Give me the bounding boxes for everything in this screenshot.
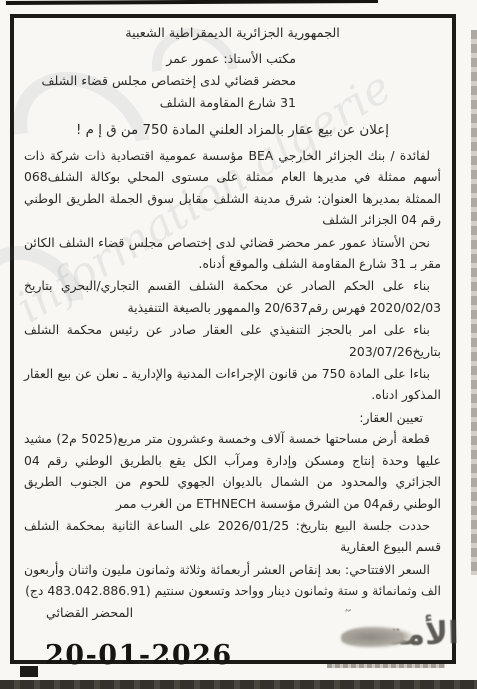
publication-date-stamp: 20-01-2026 [45,640,233,671]
bailiff-identity-paragraph: نحن الأستاذ عمور عمر محضر قضائي لدى إختص… [24,232,441,275]
ad-frame: الجمهورية الجزائرية الديمقراطية الشعبية … [10,14,456,664]
republic-header: الجمهورية الجزائرية الديمقراطية الشعبية [24,26,441,41]
newspaper-ad-page: information algerie الجمهورية الجزائرية … [0,0,477,689]
office-address-line: 31 شارع المقاومة الشلف [24,92,296,114]
auction-announcement-title: إعلان عن بيع عقار بالمزاد العلني المادة … [24,123,441,138]
logo-calligraphy-blob [341,626,413,648]
seizure-order-paragraph: بناء على امر بالحجز التنفيذي على العقار … [24,319,441,362]
adjacent-ad-bottom-border [0,680,477,689]
frame-corner-notch [20,666,38,677]
newspaper-masthead-logo: ّ ٌ الأمة [313,614,465,670]
adjacent-column-edge [471,30,477,575]
property-designation-label: تعيين العقار: [24,407,441,428]
logo-diacritic-dots: ّ ٌ [344,610,347,620]
opening-price-paragraph: السعر الافتتاحي: بعد إنقاص العشر أربعمائ… [24,559,441,602]
office-line: مكتب الأستاذ: عمور عمر [24,48,296,70]
sale-session-paragraph: حددت جلسة البيع بتاريخ: 2026/01/25 على ا… [24,515,441,558]
beneficiary-paragraph: لفائدة / بنك الجزائر الخارجي BEA مؤسسة ع… [24,145,441,231]
bailiff-title-line: محضر قضائي لدى إختصاص مجلس قضاء الشلف [24,70,296,92]
article-750-paragraph: بناءا على المادة 750 من قانون الإجراءات … [24,363,441,406]
property-description-paragraph: قطعة أرض مساحتها خمسة آلاف وخمسة وعشرون … [24,428,441,514]
judgment-reference-paragraph: بناء على الحكم الصادر عن محكمة الشلف الق… [24,275,441,318]
adjacent-ad-top-border [6,0,378,5]
logo-caption-line [327,664,445,668]
